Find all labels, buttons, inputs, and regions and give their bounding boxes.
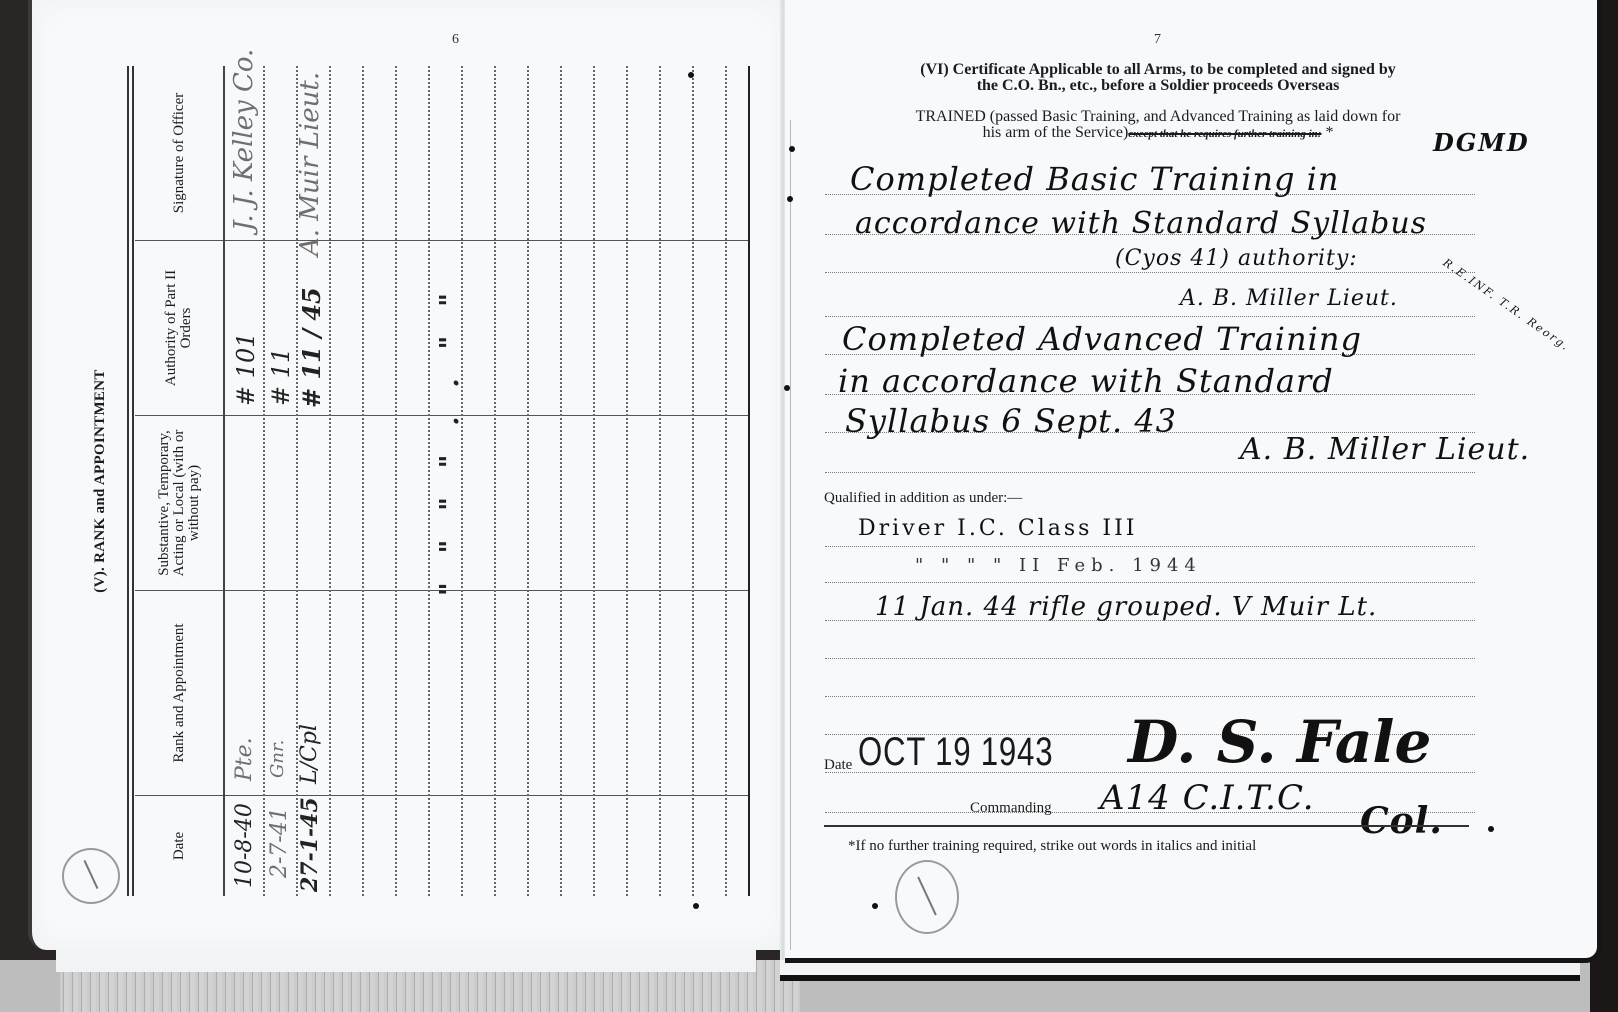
- table-row-separator: [428, 66, 430, 896]
- ink-dot: [784, 385, 790, 391]
- table-top-rule: [127, 66, 129, 896]
- row-1-rank: Pte.: [232, 737, 257, 781]
- row-2-date: 2-7-41: [267, 807, 292, 878]
- struck-out-text: except that he requires further training…: [1128, 128, 1321, 140]
- handwritten-line: Completed Advanced Training: [842, 320, 1362, 358]
- rank-signoff: Col.: [1360, 800, 1443, 842]
- row-1-authority: # 101: [232, 332, 260, 406]
- ink-dot: [872, 903, 878, 909]
- header-date: Date: [135, 796, 223, 896]
- certificate-heading-line-1: (VI) Certificate Applicable to all Arms,…: [818, 62, 1498, 78]
- qualified-label: Qualified in addition as under:—: [824, 490, 1022, 507]
- ink-dot: [787, 196, 793, 202]
- qualification-entry: " " " " II Feb. 1944: [915, 555, 1202, 576]
- trained-line-2-prefix: his arm of the Service): [983, 124, 1129, 141]
- table-row-separator: [296, 66, 298, 896]
- header-authority: Authority of Part II Orders: [135, 241, 223, 416]
- certificate-heading-line-2: the C.O. Bn., etc., before a Soldier pro…: [818, 78, 1498, 94]
- footnote: *If no further training required, strike…: [848, 838, 1256, 855]
- row-3-authority: # 11 / 45: [297, 287, 326, 408]
- ink-dot: [1488, 826, 1494, 832]
- certificate-heading: (VI) Certificate Applicable to all Arms,…: [818, 62, 1498, 94]
- asterisk: *: [1325, 124, 1333, 141]
- table-top-rule-2: [132, 66, 134, 896]
- ruled-line: [825, 272, 1475, 273]
- table-row-separator: [725, 66, 727, 896]
- trained-line-1: TRAINED (passed Basic Training, and Adva…: [818, 109, 1498, 125]
- header-rank-appointment: Rank and Appointment: [135, 591, 223, 796]
- date-label: Date: [824, 757, 852, 774]
- table-row-separator: [395, 66, 397, 896]
- qualification-entry: 11 Jan. 44 rifle grouped. V Muir Lt.: [875, 592, 1377, 622]
- table-row-separator: [461, 66, 463, 896]
- footnote-rule: [824, 825, 1469, 827]
- row-2-authority: # 11: [267, 348, 295, 406]
- table-row-separator: [692, 66, 694, 896]
- qualification-entry: Driver I.C. Class III: [858, 516, 1138, 541]
- row-3-rank: L/Cpl: [297, 724, 322, 784]
- officer-initials: DGMD: [1433, 128, 1530, 157]
- date-stamp: OCT 19 1943: [858, 730, 1053, 775]
- trained-statement: TRAINED (passed Basic Training, and Adva…: [818, 109, 1498, 142]
- trained-line-2: his arm of the Service)except that he re…: [818, 125, 1498, 142]
- handwritten-line: in accordance with Standard: [838, 362, 1334, 400]
- header-substantive: Substantive, Temporary, Acting or Local …: [135, 416, 223, 591]
- commanding-label: Commanding: [970, 800, 1052, 817]
- row-3-signature: A. Muir Lieut.: [295, 72, 325, 256]
- section-title-rank-appointment: (V). RANK and APPOINTMENT: [91, 66, 109, 896]
- ruled-line: [825, 696, 1475, 697]
- pencil-circle-mark-right: [895, 860, 959, 934]
- ruled-line: [825, 472, 1475, 473]
- ruled-line: [825, 546, 1475, 547]
- ruled-line: [825, 658, 1475, 659]
- handwritten-signature: A. B. Miller Lieut.: [1240, 432, 1530, 467]
- ink-dot: [688, 72, 694, 78]
- row-2-rank: Gnr.: [267, 740, 288, 778]
- ink-dot: [693, 903, 699, 909]
- section-title-text: (V). RANK and APPOINTMENT: [92, 369, 108, 592]
- table-row-separator: [527, 66, 529, 896]
- handwritten-line: accordance with Standard Syllabus: [855, 206, 1427, 241]
- handwritten-signature: A. B. Miller Lieut.: [1180, 286, 1398, 311]
- table-bottom-rule: [748, 66, 750, 896]
- pencil-circle-mark-left: [62, 848, 120, 904]
- ink-dot: [789, 146, 795, 152]
- rank-appointment-table: (V). RANK and APPOINTMENT Date Rank and …: [135, 66, 750, 896]
- table-row-separator: [560, 66, 562, 896]
- header-signature: Signature of Officer: [135, 66, 223, 241]
- commanding-officer-signature: D. S. Fale: [1128, 708, 1431, 776]
- handwritten-line: Syllabus 6 Sept. 43: [845, 402, 1177, 440]
- handwritten-line: (Cyos 41) authority:: [1115, 246, 1358, 271]
- table-row-separator: [329, 66, 331, 896]
- table-row-separator: [362, 66, 364, 896]
- page-number-right: 7: [1154, 32, 1161, 48]
- table-row-separator: [593, 66, 595, 896]
- ruled-line: [825, 582, 1475, 583]
- handwritten-line: Completed Basic Training in: [850, 160, 1339, 198]
- column-substantive: [225, 416, 750, 591]
- row-1-signature: J. J. Kelley Co.: [229, 49, 259, 231]
- row-1-date: 10-8-40: [232, 803, 257, 888]
- table-row-separator: [659, 66, 661, 896]
- table-header-row: Date Rank and Appointment Substantive, T…: [135, 66, 225, 896]
- row-3-date: 27-1-45: [297, 797, 323, 892]
- table-row-separator: [494, 66, 496, 896]
- gutter-line: [790, 120, 791, 950]
- table-row-separator: [263, 66, 265, 896]
- page-number-left: 6: [452, 32, 459, 48]
- ruled-line: [825, 316, 1475, 317]
- table-row-separator: [626, 66, 628, 896]
- commanding-unit: A14 C.I.T.C.: [1100, 778, 1315, 818]
